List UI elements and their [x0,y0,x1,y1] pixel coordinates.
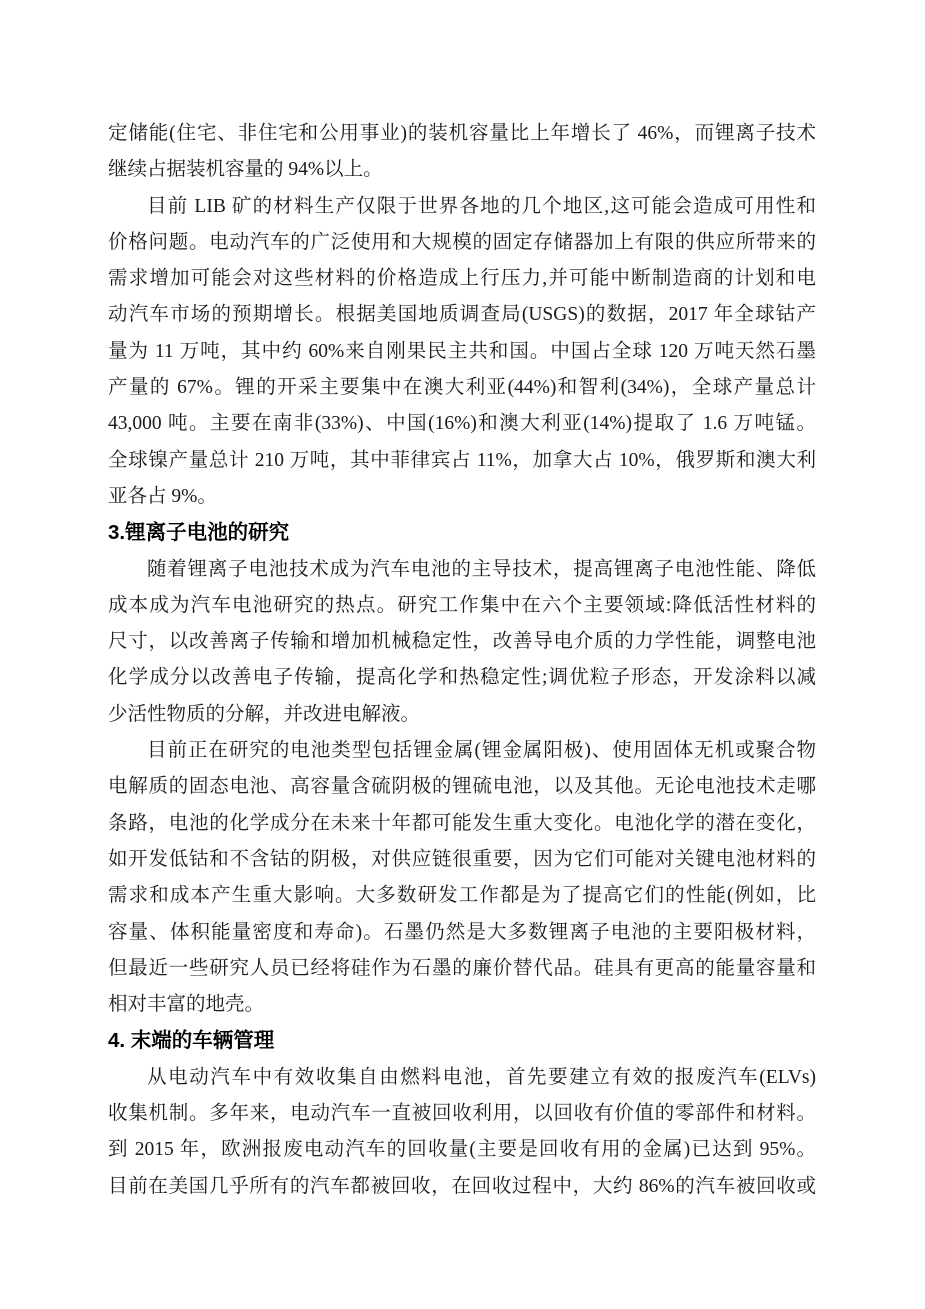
text-line: 电解质的固态电池、高容量含硫阴极的锂硫电池，以及其他。无论电池技术走哪 [108,769,816,805]
paragraph: 目前正在研究的电池类型包括锂金属(锂金属阳极)、使用固体无机或聚合物电解质的固态… [108,733,816,1023]
section-heading: 3.锂离子电池的研究 [108,515,816,551]
text-line: 动汽车市场的预期增长。根据美国地质调查局(USGS)的数据，2017 年全球钴产 [108,297,816,333]
text-line: 到 2015 年，欧洲报废电动汽车的回收量(主要是回收有用的金属)已达到 95%… [108,1132,816,1168]
text-line: 相对丰富的地壳。 [108,987,816,1023]
document-page: 定储能(住宅、非住宅和公用事业)的装机容量比上年增长了 46%，而锂离子技术继续… [0,0,925,1309]
document-body: 定储能(住宅、非住宅和公用事业)的装机容量比上年增长了 46%，而锂离子技术继续… [108,116,816,1205]
paragraph: 定储能(住宅、非住宅和公用事业)的装机容量比上年增长了 46%，而锂离子技术继续… [108,116,816,189]
text-line: 如开发低钴和不含钴的阴极，对供应链很重要，因为它们可能对关键电池材料的 [108,842,816,878]
text-line: 价格问题。电动汽车的广泛使用和大规模的固定存储器加上有限的供应所带来的 [108,225,816,261]
text-line: 收集机制。多年来，电动汽车一直被回收利用，以回收有价值的零部件和材料。 [108,1096,816,1132]
text-line: 从电动汽车中有效收集自由燃料电池，首先要建立有效的报废汽车(ELVs) [108,1060,816,1096]
text-line: 尺寸，以改善离子传输和增加机械稳定性，改善导电介质的力学性能，调整电池 [108,624,816,660]
text-line: 目前正在研究的电池类型包括锂金属(锂金属阳极)、使用固体无机或聚合物 [108,733,816,769]
text-line: 量为 11 万吨，其中约 60%来自刚果民主共和国。中国占全球 120 万吨天然… [108,334,816,370]
text-line: 43,000 吨。主要在南非(33%)、中国(16%)和澳大利亚(14%)提取了… [108,406,816,442]
paragraph: 随着锂离子电池技术成为汽车电池的主导技术，提高锂离子电池性能、降低成本成为汽车电… [108,552,816,733]
text-line: 条路，电池的化学成分在未来十年都可能发生重大变化。电池化学的潜在变化， [108,806,816,842]
text-line: 亚各占 9%。 [108,479,816,515]
paragraph: 目前 LIB 矿的材料生产仅限于世界各地的几个地区,这可能会造成可用性和价格问题… [108,189,816,516]
text-line: 化学成分以改善电子传输，提高化学和热稳定性;调优粒子形态，开发涂料以减 [108,660,816,696]
text-line: 目前 LIB 矿的材料生产仅限于世界各地的几个地区,这可能会造成可用性和 [108,189,816,225]
text-line: 但最近一些研究人员已经将硅作为石墨的廉价替代品。硅具有更高的能量容量和 [108,951,816,987]
text-line: 定储能(住宅、非住宅和公用事业)的装机容量比上年增长了 46%，而锂离子技术 [108,116,816,152]
text-line: 少活性物质的分解，并改进电解液。 [108,697,816,733]
section-heading-block: 3.锂离子电池的研究 [108,515,816,551]
text-line: 随着锂离子电池技术成为汽车电池的主导技术，提高锂离子电池性能、降低 [108,552,816,588]
text-line: 需求和成本产生重大影响。大多数研发工作都是为了提高它们的性能(例如，比 [108,878,816,914]
text-line: 全球镍产量总计 210 万吨，其中菲律宾占 11%，加拿大占 10%，俄罗斯和澳… [108,443,816,479]
paragraph: 从电动汽车中有效收集自由燃料电池，首先要建立有效的报废汽车(ELVs)收集机制。… [108,1060,816,1205]
text-line: 继续占据装机容量的 94%以上。 [108,152,816,188]
text-line: 产量的 67%。锂的开采主要集中在澳大利亚(44%)和智利(34%)，全球产量总… [108,370,816,406]
text-line: 需求增加可能会对这些材料的价格造成上行压力,并可能中断制造商的计划和电 [108,261,816,297]
text-line: 容量、体积能量密度和寿命)。石墨仍然是大多数锂离子电池的主要阳极材料， [108,915,816,951]
text-line: 目前在美国几乎所有的汽车都被回收，在回收过程中，大约 86%的汽车被回收或 [108,1169,816,1205]
section-heading: 4. 末端的车辆管理 [108,1023,816,1059]
section-heading-block: 4. 末端的车辆管理 [108,1023,816,1059]
text-line: 成本成为汽车电池研究的热点。研究工作集中在六个主要领域:降低活性材料的 [108,588,816,624]
